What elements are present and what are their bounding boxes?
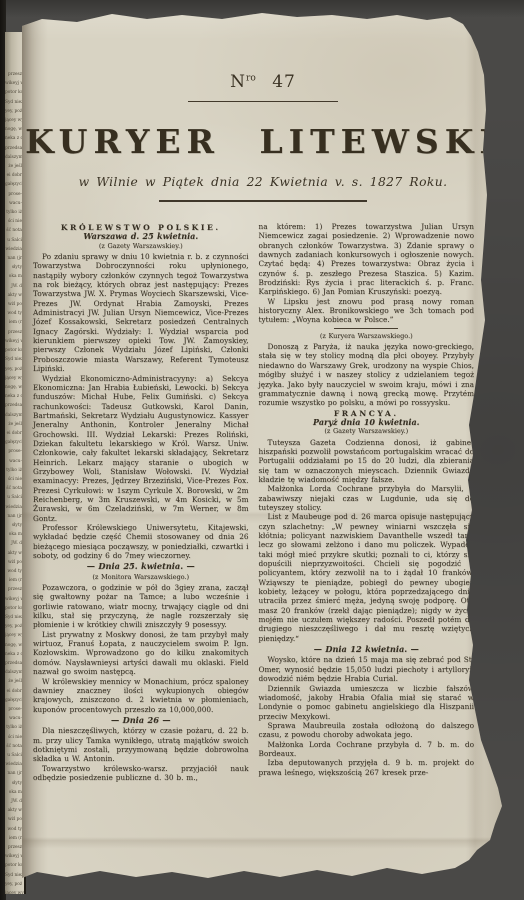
issue-prefix: N [230, 72, 246, 92]
place-text: Paryż dnia 10 kwietnia. [259, 418, 475, 427]
newspaper-title: KURYER LITEWSKI [22, 122, 504, 161]
paragraph: Woysko, które na dzień 15 maja ma się ze… [259, 655, 475, 683]
paragraph: Izba deputowanych przyjęła d. 9 b. m. pr… [259, 758, 475, 777]
paragraph: List z Maubeuge pod d. 26 marca opisuje … [259, 512, 475, 643]
paragraph: W królewskiey mennicy w Monachium, prócz… [33, 677, 249, 714]
paragraph: List prywatny z Moskwy donosi, że tam pr… [33, 630, 249, 677]
dateline: w Wilnie w Piątek dnia 22 Kwietnia v. s.… [22, 175, 504, 189]
day-text: — Dnia 12 kwietnia. — [259, 645, 475, 654]
paragraph: Professor Królewskiego Uniwersytetu, Kit… [33, 523, 249, 560]
paragraph: Małżonka Lorda Cochrane przybyła d. 7 b.… [259, 740, 475, 759]
masthead: Nro 47 KURYER LITEWSKI w Wilnie w Piątek… [22, 72, 504, 202]
left-column: KRÓLEWSTWO POLSKIE.Warszawa d. 25 kwietn… [33, 222, 249, 782]
paragraph: Donoszą z Paryża, iż nauka języka nowo-g… [259, 342, 475, 407]
day-text: — Dnia 25. kwietnia. — [33, 562, 249, 571]
source-text: (z Monitora Warszawskiego.) [33, 573, 249, 582]
day-text: — Dnia 26 — [33, 716, 249, 725]
paragraph: W Lipsku jest znowu pod prasą nowy roman… [259, 297, 475, 325]
paragraph: Towarzystwo królewsko-warsz. przyjaciół … [33, 764, 249, 783]
adjacent-page-text: przeszwikeyj wpotor koSyd niezyey, pożją… [5, 32, 24, 894]
paragraph: Sprawa Maubreuila została odłożoną do da… [259, 721, 475, 740]
place-text: Warszawa d. 25 kwietnia. [33, 232, 249, 241]
scan-background: przeszwikeyj wpotor koSyd niezyey, pożją… [0, 0, 524, 900]
masthead-rule-bottom [159, 200, 367, 202]
paragraph: Małżonka Lorda Cochrane przybyła do Mars… [259, 484, 475, 512]
source-text: (z Gazety Warszawskiey.) [33, 242, 249, 251]
source-text: (z Kuryera Warszawskiego.) [259, 332, 475, 341]
source-text: (z Gazety Warszawskiey.) [259, 427, 475, 436]
newspaper-page: Nro 47 KURYER LITEWSKI w Wilnie w Piątek… [22, 0, 504, 900]
issue-number: Nro 47 [22, 72, 504, 92]
right-column: na którem: 1) Prezes towarzystwa Julian … [259, 222, 475, 782]
masthead-rule-top [188, 101, 338, 102]
paragraph: Dla nieszczęśliwych, którzy w czasie poż… [33, 726, 249, 763]
issue-value: 47 [272, 72, 296, 92]
divider-rule [334, 328, 398, 329]
article-columns: KRÓLEWSTWO POLSKIE.Warszawa d. 25 kwietn… [22, 222, 504, 782]
paragraph: Wydział Ekonomiczno-Administracyyny: a) … [33, 374, 249, 524]
issue-superscript: ro [246, 73, 256, 83]
paragraph: na którem: 1) Prezes towarzystwa Julian … [259, 222, 475, 297]
paragraph: Dziennik Gwiazda umieszcza w liczbie fał… [259, 684, 475, 721]
paragraph: Po zdaniu sprawy w dniu 10 kwietnia r. b… [33, 252, 249, 373]
paragraph: Pozawczora, o godzinie w pół do 3giey zr… [33, 583, 249, 630]
paragraph: Tuteysza Gazeta Codzienna donosi, iż gab… [259, 438, 475, 485]
